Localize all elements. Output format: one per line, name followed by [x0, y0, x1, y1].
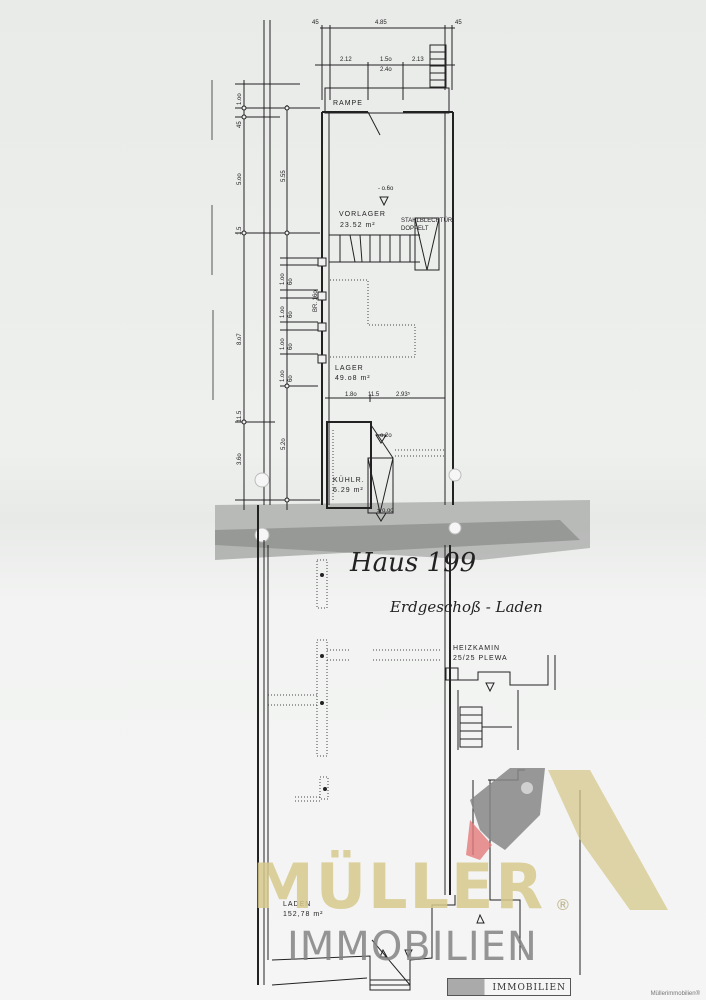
dim-right-wall: 45 [455, 20, 462, 26]
dim-step-0: 1.oo [280, 273, 286, 285]
watermark-registered: ® [557, 897, 569, 915]
dim-step-5: 6o [288, 343, 294, 350]
dim-overall-width: 4.85 [375, 20, 387, 26]
dim-step-7: 6o [288, 375, 294, 382]
photo-credit: Müllerimmobilien® [651, 991, 700, 997]
dim-lager-mid: 11.5 [368, 392, 379, 398]
room-vorlager-area: 23.52 m² [340, 221, 376, 230]
room-kuehlraum: KÜHLR. [333, 476, 365, 485]
handwritten-subtitle: Erdgeschoß - Laden [390, 598, 543, 616]
dim-step-2: 1.oo [280, 306, 286, 318]
room-lager: LAGER [335, 364, 364, 373]
dim-segment-left: 2.12 [340, 57, 352, 63]
label-heizkamin: HEIZKAMIN 25/25 PLEWA [453, 644, 523, 664]
dim-lager-right: 2.93⁵ [396, 392, 410, 398]
watermark-immobilien: IMMOBILIEN [287, 925, 538, 969]
dim-step-1: 6o [288, 278, 294, 285]
dim-window-width: BR. 16o [313, 290, 319, 312]
dim-left-outer-1: 45 [237, 121, 243, 128]
dim-left-outer-6: 3.6o [237, 453, 243, 465]
dim-left-wall: 45 [312, 20, 319, 26]
dim-left-inner-0: 5.55 [281, 170, 287, 182]
dim-left-outer-5: 11.5 [237, 411, 243, 422]
dim-left-outer-0: 1.oo [237, 93, 243, 105]
dim-left-inner-3: 5.2o [281, 438, 287, 450]
dim-step-6: 1.oo [280, 370, 286, 382]
kuehl-level: o.2o [380, 433, 392, 439]
dim-left-outer-3: 1.5 [237, 227, 243, 235]
room-lager-area: 49.o8 m² [335, 374, 371, 383]
room-vorlager: VORLAGER [339, 210, 386, 219]
dim-step-3: 6o [288, 311, 294, 318]
dim-segment-mid-bottom: 2.4o [380, 67, 392, 73]
room-kuehlraum-area: 6.29 m² [333, 486, 364, 495]
room-rampe: RAMPE [333, 99, 363, 108]
dim-lager-left: 1.8o [345, 392, 357, 398]
dim-left-outer-4: 8.o7 [237, 333, 243, 345]
dim-segment-mid-top: 1.5o [380, 57, 392, 63]
dim-segment-right: 2.13 [412, 57, 424, 63]
handwritten-title: Haus 199 [350, 548, 476, 578]
label-steel-door: STAHLBLECHTÜR DOPPELT [401, 217, 441, 233]
vorlager-level: - o.6o [378, 186, 393, 192]
dim-step-4: 1.oo [280, 338, 286, 350]
kuehl-level-bottom: ± o.oo [377, 508, 394, 514]
watermark-muller: MÜLLER [252, 856, 545, 918]
dim-left-outer-2: 5.oo [237, 173, 243, 185]
stamp-immobilien: IMMOBILIEN [447, 978, 571, 996]
